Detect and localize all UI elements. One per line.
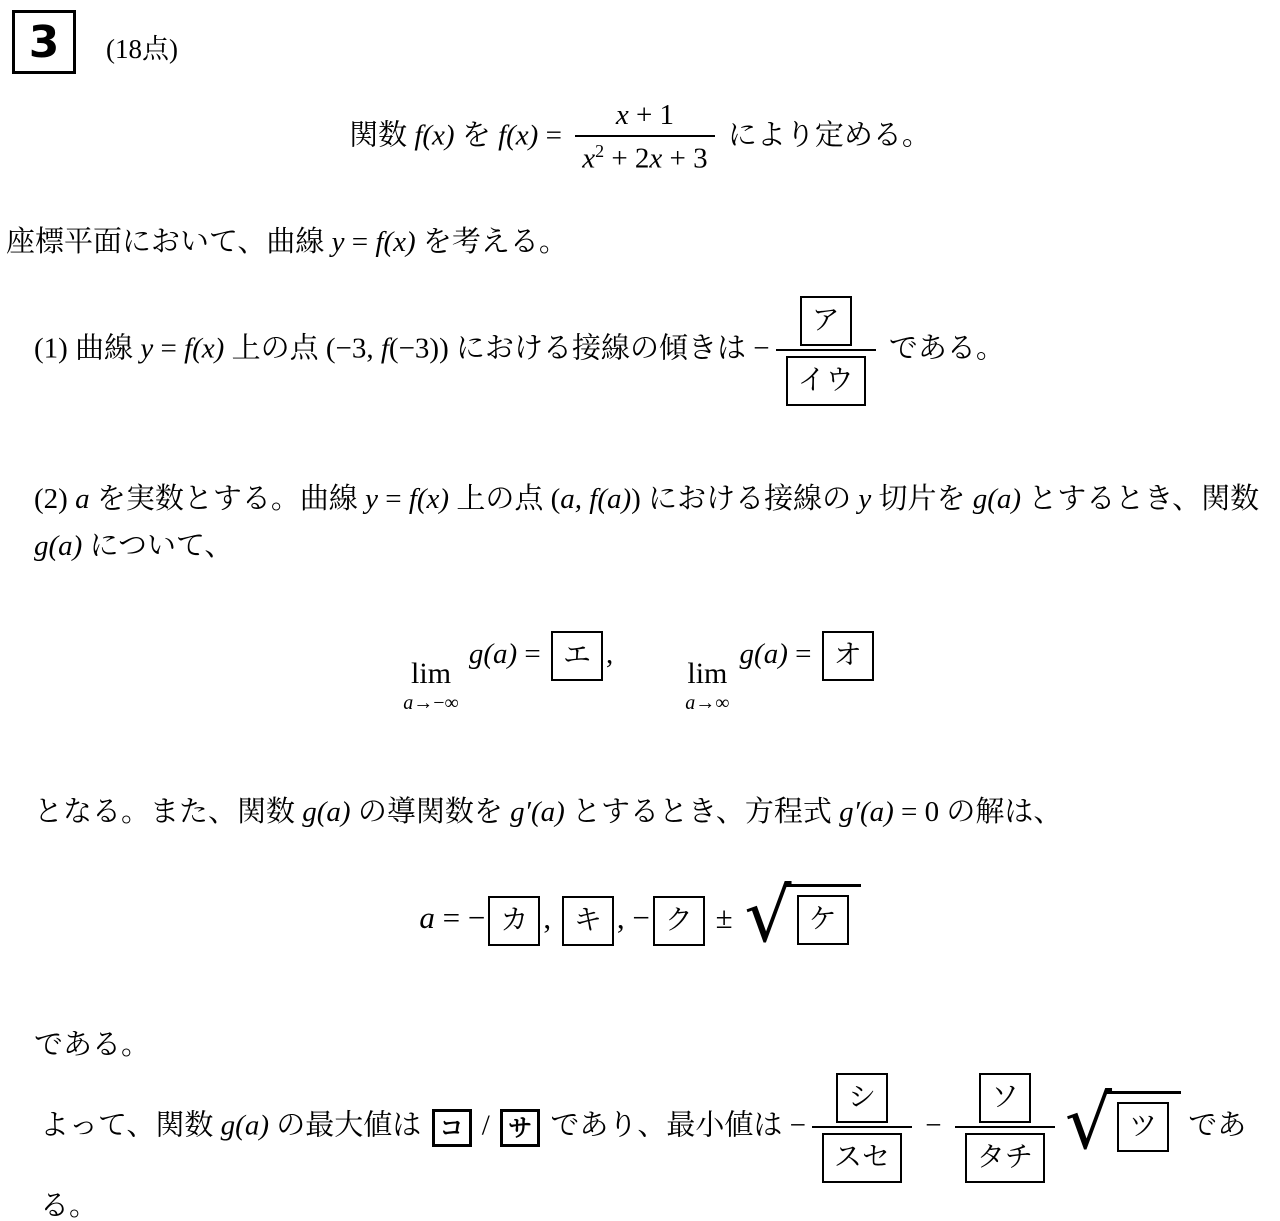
conc-text-3: であり、最小値は	[543, 1110, 790, 1142]
answer-box-ko: コ	[432, 1109, 472, 1147]
point-open: (	[551, 483, 561, 515]
lim-stack: lima→∞	[685, 659, 729, 713]
math-a: a	[685, 692, 695, 714]
square-root: √ツ	[1065, 1091, 1181, 1165]
math-ga: g(a)	[973, 483, 1021, 515]
answer-box-suse: スセ	[822, 1133, 902, 1183]
limit-positive-infinity: lima→∞g(a) = オ	[685, 638, 876, 670]
answer-box-shi: シ	[836, 1073, 888, 1123]
fraction-numerator: ア	[790, 296, 862, 349]
radical-sign: √	[744, 879, 791, 953]
setup-text-1: 座標平面において、曲線	[6, 226, 332, 258]
comma: ,	[606, 638, 613, 670]
minus-sign: −	[918, 1110, 949, 1142]
equals-sign: =	[538, 119, 569, 151]
math-y: y	[332, 226, 345, 258]
limit-negative-infinity: lima→−∞g(a) = エ,	[403, 638, 613, 670]
math-y: y	[858, 483, 871, 515]
fraction-numerator: ソ	[969, 1073, 1041, 1126]
answer-box-ku: ク	[653, 896, 705, 946]
answer-box-ka: カ	[488, 896, 540, 946]
math-ga: g(a)	[34, 530, 82, 562]
equals-sign: =	[435, 900, 468, 935]
problem-number: 3	[29, 17, 60, 68]
question-1: (1) 曲線 y = f(x) 上の点 (−3, f(−3)) における接線の傾…	[34, 296, 1280, 406]
points-label: (18点)	[106, 19, 178, 66]
q2-text-6: について、	[82, 530, 233, 562]
q1-text-3: における接線の傾きは	[449, 333, 754, 365]
intro-text-3: により定める。	[721, 119, 931, 151]
answer-box-ki: キ	[562, 896, 614, 946]
answer-box-tachi: タチ	[965, 1133, 1045, 1183]
minus-sign: −	[468, 900, 485, 935]
deriv-text-4: の解は、	[939, 796, 1062, 828]
q2-text-1: を実数とする。曲線	[90, 483, 366, 515]
lim-stack: lima→−∞	[403, 659, 459, 713]
fraction-denominator: タチ	[955, 1128, 1055, 1183]
q1-text-4: である。	[882, 333, 1005, 365]
equals-sign: =	[153, 333, 184, 365]
math-x: x	[649, 143, 662, 175]
dearu-line: である。	[34, 1022, 1280, 1063]
equals-zero: = 0	[894, 796, 939, 828]
answer-box-e: エ	[551, 631, 603, 681]
math-a: a	[419, 900, 435, 935]
lim-word: lim	[411, 659, 451, 689]
math-y: y	[140, 333, 153, 365]
math-ga: g(a)	[302, 796, 350, 828]
conc-text-2: の最大値は	[269, 1110, 429, 1142]
point-close: )	[631, 483, 641, 515]
minus-sign: −	[790, 1110, 806, 1142]
math-point: a, f(a)	[560, 483, 631, 515]
exponent: 2	[595, 141, 604, 161]
problem-header: 3 (18点)	[0, 0, 1280, 74]
q1-label: (1)	[34, 333, 68, 365]
math-gpa: g′(a)	[839, 796, 894, 828]
math-ga: g(a)	[221, 1110, 269, 1142]
math-x: x	[616, 99, 629, 131]
math-ga: g(a)	[469, 638, 517, 670]
radicand: ツ	[1105, 1091, 1181, 1152]
math-fx: f(x)	[409, 483, 449, 515]
q2-text-2: 上の点	[449, 483, 551, 515]
answer-fraction: アイウ	[776, 296, 876, 406]
radical-sign: √	[1065, 1086, 1112, 1160]
deriv-text-1: となる。また、関数	[34, 796, 302, 828]
answer-box-o: オ	[822, 631, 874, 681]
math-fx: f(x)	[498, 119, 538, 151]
answer-box-tsu: ツ	[1117, 1102, 1169, 1152]
q2-text-3: における接線の	[641, 483, 859, 515]
arrow-neg-infinity: →−∞	[413, 692, 459, 714]
setup-line: 座標平面において、曲線 y = f(x) を考える。	[6, 219, 1280, 260]
intro-text-2: を	[455, 119, 499, 151]
equals-sign: =	[378, 483, 409, 515]
denominator-end: + 3	[662, 143, 707, 175]
q1-text-1: 曲線	[68, 333, 141, 365]
fraction-numerator: x + 1	[609, 100, 681, 135]
question-2: (2) a を実数とする。曲線 y = f(x) 上の点 (a, f(a)) に…	[34, 476, 1280, 569]
derivative-line: となる。また、関数 g(a) の導関数を g′(a) とするとき、方程式 g′(…	[34, 789, 1280, 830]
math-f: f	[381, 333, 389, 365]
intro-text-1: 関数	[349, 119, 414, 151]
comma: ,	[543, 900, 559, 935]
equals-sign: =	[788, 638, 819, 670]
math-ga: g(a)	[740, 638, 788, 670]
answer-box-a: ア	[800, 296, 852, 346]
plus-minus-sign: ±	[708, 900, 741, 935]
math-a: a	[403, 692, 413, 714]
math-a: a	[75, 483, 90, 515]
answer-box-ke: ケ	[797, 895, 849, 945]
q2-label: (2)	[34, 483, 68, 515]
equals-sign: =	[345, 226, 376, 258]
fraction-numerator: シ	[826, 1073, 898, 1126]
min-fraction-2: ソタチ	[955, 1073, 1055, 1183]
conc-text-1: よって、関数	[40, 1110, 221, 1142]
q1-text-2: 上の点	[224, 333, 326, 365]
math-gpa: g′(a)	[510, 796, 565, 828]
math-fx: f(x)	[375, 226, 415, 258]
slash: /	[475, 1110, 498, 1142]
equals-sign: =	[517, 638, 548, 670]
q2-text-5: とするとき、関数	[1021, 483, 1259, 515]
arrow-infinity: →∞	[695, 692, 729, 714]
point-close: (−3))	[389, 333, 449, 365]
deriv-text-3: とするとき、方程式	[565, 796, 839, 828]
fraction-denominator: x2 + 2x + 3	[575, 137, 714, 176]
math-x: x	[582, 143, 595, 175]
point-open: (−3,	[326, 333, 381, 365]
denominator-mid: + 2	[604, 143, 649, 175]
math-y: y	[365, 483, 378, 515]
answer-box-iu: イウ	[786, 356, 866, 406]
lim-subscript: a→−∞	[403, 693, 459, 713]
math-fx: f(x)	[414, 119, 454, 151]
lim-word: lim	[687, 659, 727, 689]
minus-sign: −	[753, 333, 769, 365]
answer-box-so: ソ	[979, 1073, 1031, 1123]
minus-sign: −	[632, 900, 649, 935]
fraction-denominator: イウ	[776, 351, 876, 406]
radicand: ケ	[785, 884, 861, 945]
answer-box-sa: サ	[500, 1109, 540, 1147]
deriv-text-2: の導関数を	[351, 796, 511, 828]
function-definition-line: 関数 f(x) を f(x) = x + 1x2 + 2x + 3 により定める…	[0, 100, 1280, 175]
conclusion-line: よって、関数 g(a) の最大値は コ / サ であり、最小値は −シスセ − …	[40, 1073, 1280, 1221]
limits-line: lima→−∞g(a) = エ,lima→∞g(a) = オ	[0, 631, 1280, 713]
math-fx: f(x)	[184, 333, 224, 365]
fraction-denominator: スセ	[812, 1128, 912, 1183]
function-fraction: x + 1x2 + 2x + 3	[575, 100, 714, 175]
problem-number-box: 3	[12, 10, 76, 74]
q2-text-4: 切片を	[871, 483, 973, 515]
setup-text-2: を考える。	[416, 226, 568, 258]
min-fraction-1: シスセ	[812, 1073, 912, 1183]
lim-subscript: a→∞	[685, 693, 729, 713]
comma: ,	[617, 900, 633, 935]
square-root: √ケ	[744, 884, 860, 958]
numerator-rest: + 1	[629, 99, 674, 131]
solution-line: a = −カ, キ, −ク ± √ケ	[0, 884, 1280, 958]
